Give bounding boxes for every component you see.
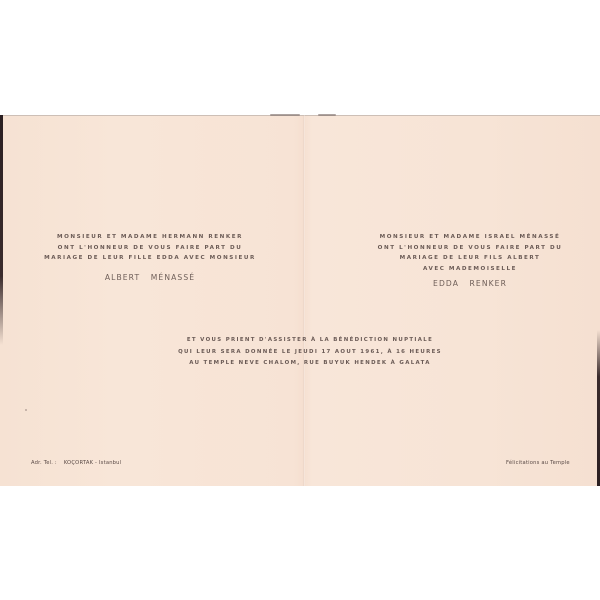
left-panel-announcement: Monsieur et Madame Hermann Renker ont l'…: [30, 232, 270, 282]
invitation-card: Monsieur et Madame Hermann Renker ont l'…: [0, 115, 600, 486]
announcement-line: Monsieur et Madame Israel Ménassé: [330, 232, 600, 243]
scan-edge-left: [0, 115, 3, 345]
ceremony-line: et vous prient d'assister à la bénédicti…: [160, 335, 460, 347]
announcement-line: ont l'honneur de vous faire part du: [30, 243, 270, 254]
announcement-line: ont l'honneur de vous faire part du: [330, 243, 600, 254]
center-fold: [303, 115, 305, 486]
telegraph-address: Adr. Tel. : KOÇORTAK - Istanbul: [31, 460, 121, 466]
paper-speck: [25, 409, 27, 411]
ceremony-details: et vous prient d'assister à la bénédicti…: [160, 335, 460, 370]
groom-name: ALBERT MÉNASSÉ: [30, 273, 270, 282]
announcement-line: mariage de leur fils Albert: [330, 253, 600, 264]
announcement-line: mariage de leur fille Edda avec Monsieur: [30, 253, 270, 264]
announcement-line: Monsieur et Madame Hermann Renker: [30, 232, 270, 243]
bride-name: EDDA RENKER: [330, 279, 600, 288]
top-edge-shadow: [318, 114, 336, 116]
top-edge-shadow: [270, 114, 300, 116]
address-label: Adr. Tel. :: [31, 460, 57, 466]
ceremony-line: au Temple Neve Chalom, Rue Buyuk Hendek …: [160, 358, 460, 370]
announcement-line: avec Mademoiselle: [330, 264, 600, 275]
congratulations-note: Félicitations au Temple: [506, 460, 570, 466]
ceremony-line: qui leur sera donnée le Jeudi 17 Aout 19…: [160, 347, 460, 359]
right-panel-announcement: Monsieur et Madame Israel Ménassé ont l'…: [330, 232, 600, 288]
address-value: KOÇORTAK - Istanbul: [64, 460, 122, 466]
